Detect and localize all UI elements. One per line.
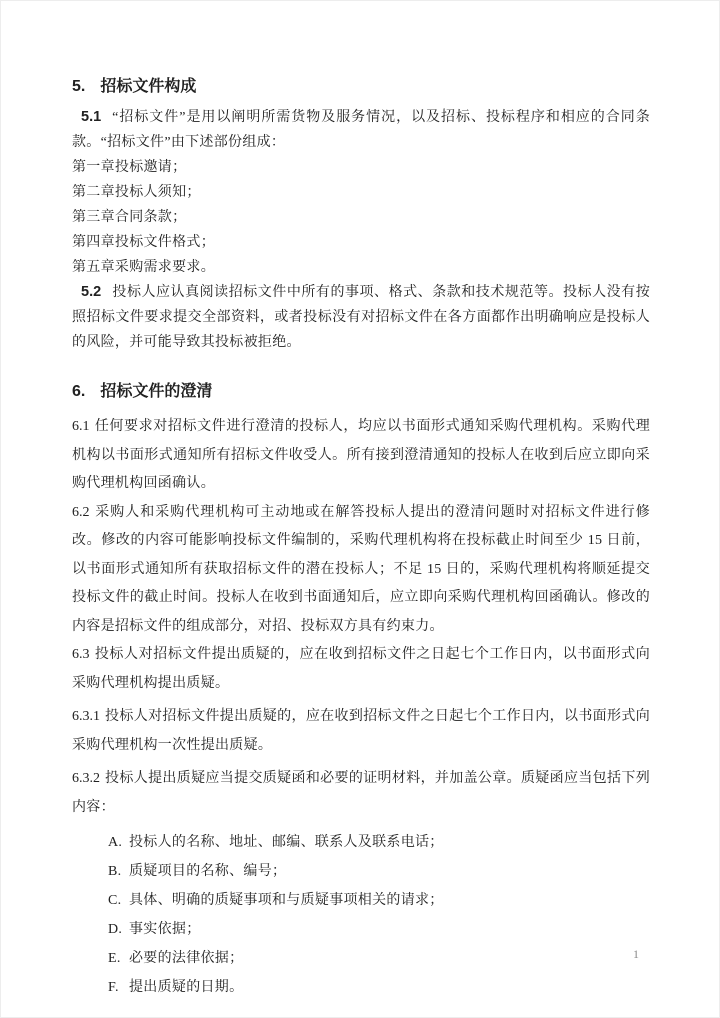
list-item-f: F.提出质疑的日期。 [108, 973, 650, 1002]
list-item-d-text: 事实依据； [129, 922, 201, 937]
section-5-number: 5. [72, 78, 85, 95]
clause-number-6-1: 6.1 [72, 419, 90, 434]
list-item-b: B.质疑项目的名称、编号； [108, 857, 650, 886]
list-item-f-text: 提出质疑的日期。 [129, 980, 243, 995]
paragraph-6-3-text: 投标人对招标文件提出质疑的，应在收到招标文件之日起七个工作日内，以书面形式向采购… [72, 647, 650, 691]
clause-number-6-3: 6.3 [72, 647, 90, 662]
chapter-line-2: 第二章投标人须知； [72, 180, 650, 205]
list-item-d-label: D. [108, 915, 129, 944]
page-number: 1 [633, 947, 639, 962]
paragraph-6-3: 6.3投标人对招标文件提出质疑的，应在收到招标文件之日起七个工作日内，以书面形式… [72, 641, 650, 698]
clause-number-5-2: 5.2 [81, 284, 101, 300]
list-item-c: C.具体、明确的质疑事项和与质疑事项相关的请求； [108, 886, 650, 915]
section-6-title: 招标文件的澄清 [100, 383, 212, 400]
section-5-title: 招标文件构成 [100, 78, 196, 95]
section-6: 6.招标文件的澄清 6.1任何要求对招标文件进行澄清的投标人，均应以书面形式通知… [72, 381, 650, 1002]
list-item-e: E.必要的法律依据； [108, 944, 650, 973]
paragraph-6-3-1: 6.3.1投标人对招标文件提出质疑的，应在收到招标文件之日起七个工作日内，以书面… [72, 703, 650, 760]
list-item-e-text: 必要的法律依据； [129, 951, 243, 966]
document-content: 5.招标文件构成 5.1“招标文件”是用以阐明所需货物及服务情况，以及招标、投标… [72, 76, 650, 1002]
list-item-a-label: A. [108, 828, 129, 857]
clause-number-6-3-2: 6.3.2 [72, 771, 100, 786]
list-item-c-label: C. [108, 886, 129, 915]
paragraph-6-1: 6.1任何要求对招标文件进行澄清的投标人，均应以书面形式通知采购代理机构。采购代… [72, 413, 650, 499]
clause-number-5-1: 5.1 [81, 109, 101, 125]
section-5: 5.招标文件构成 5.1“招标文件”是用以阐明所需货物及服务情况，以及招标、投标… [72, 76, 650, 355]
list-item-b-label: B. [108, 857, 129, 886]
query-content-list: A.投标人的名称、地址、邮编、联系人及联系电话； B.质疑项目的名称、编号； C… [72, 828, 650, 1002]
list-item-f-label: F. [108, 973, 129, 1002]
paragraph-5-1: 5.1“招标文件”是用以阐明所需货物及服务情况，以及招标、投标程序和相应的合同条… [72, 105, 650, 155]
clause-number-6-2: 6.2 [72, 505, 90, 520]
list-item-c-text: 具体、明确的质疑事项和与质疑事项相关的请求； [129, 893, 444, 908]
paragraph-6-3-1-text: 投标人对招标文件提出质疑的，应在收到招标文件之日起七个工作日内，以书面形式向采购… [72, 709, 650, 753]
list-item-a-text: 投标人的名称、地址、邮编、联系人及联系电话； [129, 835, 444, 850]
paragraph-5-2-text: 投标人应认真阅读招标文件中所有的事项、格式、条款和技术规范等。投标人没有按照招标… [72, 285, 650, 350]
document-page: 5.招标文件构成 5.1“招标文件”是用以阐明所需货物及服务情况，以及招标、投标… [0, 0, 720, 1018]
list-item-e-label: E. [108, 944, 129, 973]
paragraph-6-2-text: 采购人和采购代理机构可主动地或在解答投标人提出的澄清问题时对招标文件进行修改。修… [72, 505, 650, 634]
chapter-list: 第一章投标邀请； 第二章投标人须知； 第三章合同条款； 第四章投标文件格式； 第… [72, 155, 650, 280]
paragraph-5-2: 5.2投标人应认真阅读招标文件中所有的事项、格式、条款和技术规范等。投标人没有按… [72, 280, 650, 355]
paragraph-6-2: 6.2采购人和采购代理机构可主动地或在解答投标人提出的澄清问题时对招标文件进行修… [72, 499, 650, 642]
chapter-line-4: 第四章投标文件格式； [72, 230, 650, 255]
paragraph-6-3-2-text: 投标人提出质疑应当提交质疑函和必要的证明材料，并加盖公章。质疑函应当包括下列内容… [72, 771, 650, 815]
paragraph-5-1-text: “招标文件”是用以阐明所需货物及服务情况，以及招标、投标程序和相应的合同条款。“… [72, 110, 650, 150]
list-item-d: D.事实依据； [108, 915, 650, 944]
paragraph-6-3-2: 6.3.2投标人提出质疑应当提交质疑函和必要的证明材料，并加盖公章。质疑函应当包… [72, 765, 650, 822]
list-item-b-text: 质疑项目的名称、编号； [129, 864, 286, 879]
chapter-line-3: 第三章合同条款； [72, 205, 650, 230]
clause-number-6-3-1: 6.3.1 [72, 709, 100, 724]
section-6-number: 6. [72, 383, 85, 400]
list-item-a: A.投标人的名称、地址、邮编、联系人及联系电话； [108, 828, 650, 857]
chapter-line-5: 第五章采购需求要求。 [72, 255, 650, 280]
section-5-heading: 5.招标文件构成 [72, 76, 650, 98]
paragraph-6-1-text: 任何要求对招标文件进行澄清的投标人，均应以书面形式通知采购代理机构。采购代理机构… [72, 419, 650, 491]
chapter-line-1: 第一章投标邀请； [72, 155, 650, 180]
section-6-heading: 6.招标文件的澄清 [72, 381, 650, 403]
